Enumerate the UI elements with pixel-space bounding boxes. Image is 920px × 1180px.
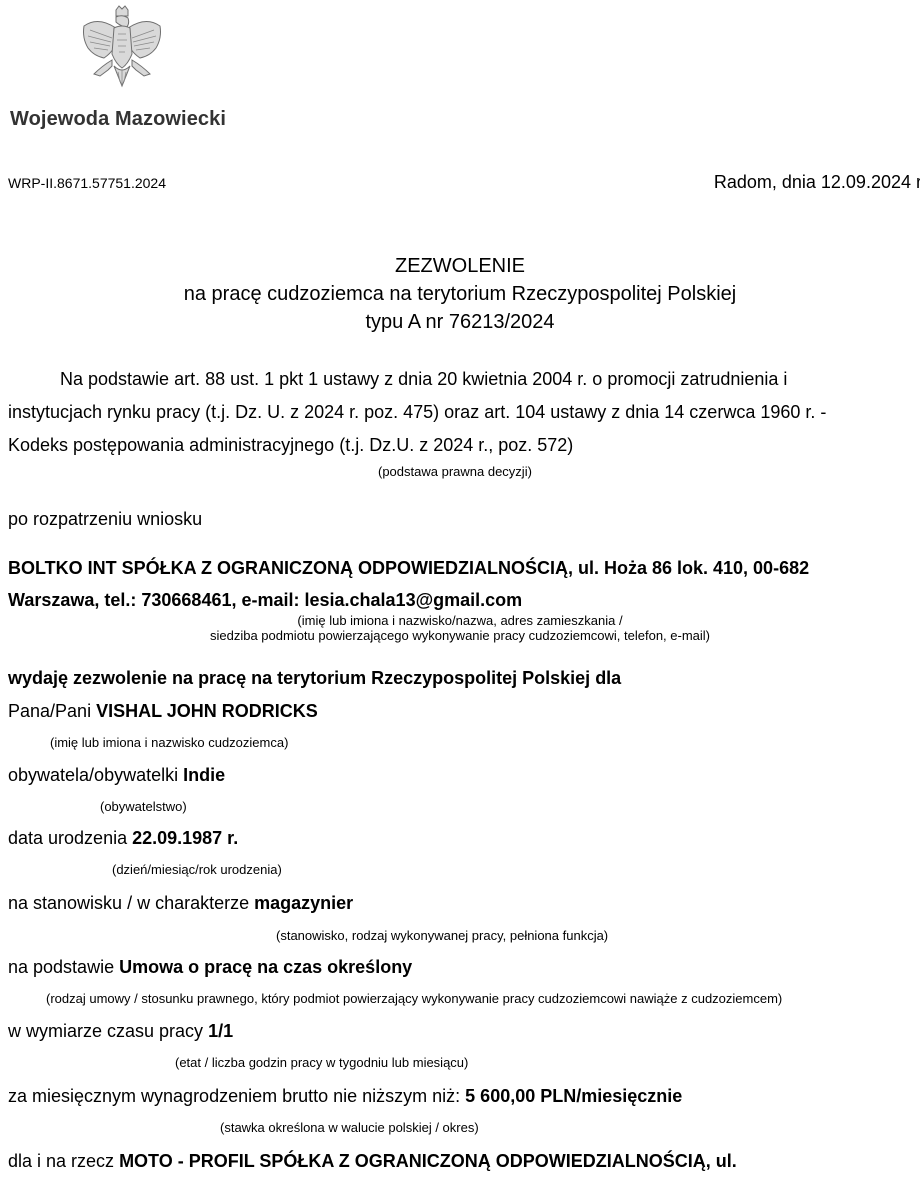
title-line-2: na pracę cudzoziemca na terytorium Rzecz… [0, 280, 920, 308]
foreigner-name-field: Pana/Pani VISHAL JOHN RODRICKS [8, 701, 318, 722]
contract-value: Umowa o pracę na czas określony [119, 957, 412, 977]
working-time-value: 1/1 [208, 1021, 233, 1041]
position-value: magazynier [254, 893, 353, 913]
applicant-line: Warszawa, tel.: 730668461, e-mail: lesia… [8, 584, 809, 616]
working-time-field: w wymiarze czasu pracy 1/1 [8, 1021, 233, 1042]
salary-value: 5 600,00 PLN/miesięcznie [465, 1086, 682, 1106]
applicant-hint: (imię lub imiona i nazwisko/nazwa, adres… [0, 613, 920, 643]
position-field: na stanowisku / w charakterze magazynier [8, 893, 353, 914]
legal-basis-line: instytucjach rynku pracy (t.j. Dz. U. z … [8, 396, 920, 429]
office-name: Wojewoda Mazowiecki [10, 108, 226, 131]
birth-date-value: 22.09.1987 r. [132, 828, 238, 848]
field-label: na podstawie [8, 957, 119, 977]
applicant-details: BOLTKO INT SPÓŁKA Z OGRANICZONĄ ODPOWIED… [8, 552, 809, 616]
legal-basis-line: Na podstawie art. 88 ust. 1 pkt 1 ustawy… [8, 363, 920, 396]
employer-value: MOTO - PROFIL SPÓŁKA Z OGRANICZONĄ ODPOW… [119, 1151, 737, 1171]
salary-field: za miesięcznym wynagrodzeniem brutto nie… [8, 1086, 682, 1107]
field-label: w wymiarze czasu pracy [8, 1021, 208, 1041]
applicant-hint-line: siedziba podmiotu powierzającego wykonyw… [0, 628, 920, 643]
legal-basis-line: Kodeks postępowania administracyjnego (t… [8, 429, 920, 462]
citizenship-hint: (obywatelstwo) [100, 799, 187, 814]
citizenship-value: Indie [183, 765, 225, 785]
document-title: ZEZWOLENIE na pracę cudzoziemca na teryt… [0, 252, 920, 336]
field-label: obywatela/obywatelki [8, 765, 183, 785]
field-label: dla i na rzecz [8, 1151, 119, 1171]
contract-field: na podstawie Umowa o pracę na czas okreś… [8, 957, 412, 978]
salary-hint: (stawka określona w walucie polskiej / o… [220, 1120, 479, 1135]
place-date: Radom, dnia 12.09.2024 r. [714, 172, 920, 193]
citizenship-field: obywatela/obywatelki Indie [8, 765, 225, 786]
field-label: za miesięcznym wynagrodzeniem brutto nie… [8, 1086, 465, 1106]
polish-eagle-emblem-icon [78, 4, 166, 100]
position-hint: (stanowisko, rodzaj wykonywanej pracy, p… [276, 928, 608, 943]
reference-number: WRP-II.8671.57751.2024 [8, 175, 166, 191]
foreigner-name: VISHAL JOHN RODRICKS [96, 701, 318, 721]
title-line-1: ZEZWOLENIE [0, 252, 920, 280]
foreigner-name-hint: (imię lub imiona i nazwisko cudzoziemca) [50, 735, 288, 750]
application-intro: po rozpatrzeniu wniosku [8, 509, 202, 530]
birth-date-hint: (dzień/miesiąc/rok urodzenia) [112, 862, 282, 877]
title-line-3: typu A nr 76213/2024 [0, 308, 920, 336]
field-label: na stanowisku / w charakterze [8, 893, 254, 913]
decision-statement: wydaję zezwolenie na pracę na terytorium… [8, 668, 621, 689]
birth-date-field: data urodzenia 22.09.1987 r. [8, 828, 238, 849]
working-time-hint: (etat / liczba godzin pracy w tygodniu l… [175, 1055, 468, 1070]
contract-hint: (rodzaj umowy / stosunku prawnego, który… [46, 991, 782, 1006]
legal-basis: Na podstawie art. 88 ust. 1 pkt 1 ustawy… [8, 363, 920, 462]
legal-basis-hint: (podstawa prawna decyzji) [378, 464, 532, 479]
field-label: data urodzenia [8, 828, 132, 848]
field-label: Pana/Pani [8, 701, 96, 721]
applicant-line: BOLTKO INT SPÓŁKA Z OGRANICZONĄ ODPOWIED… [8, 552, 809, 584]
applicant-hint-line: (imię lub imiona i nazwisko/nazwa, adres… [0, 613, 920, 628]
employer-field: dla i na rzecz MOTO - PROFIL SPÓŁKA Z OG… [8, 1151, 737, 1172]
